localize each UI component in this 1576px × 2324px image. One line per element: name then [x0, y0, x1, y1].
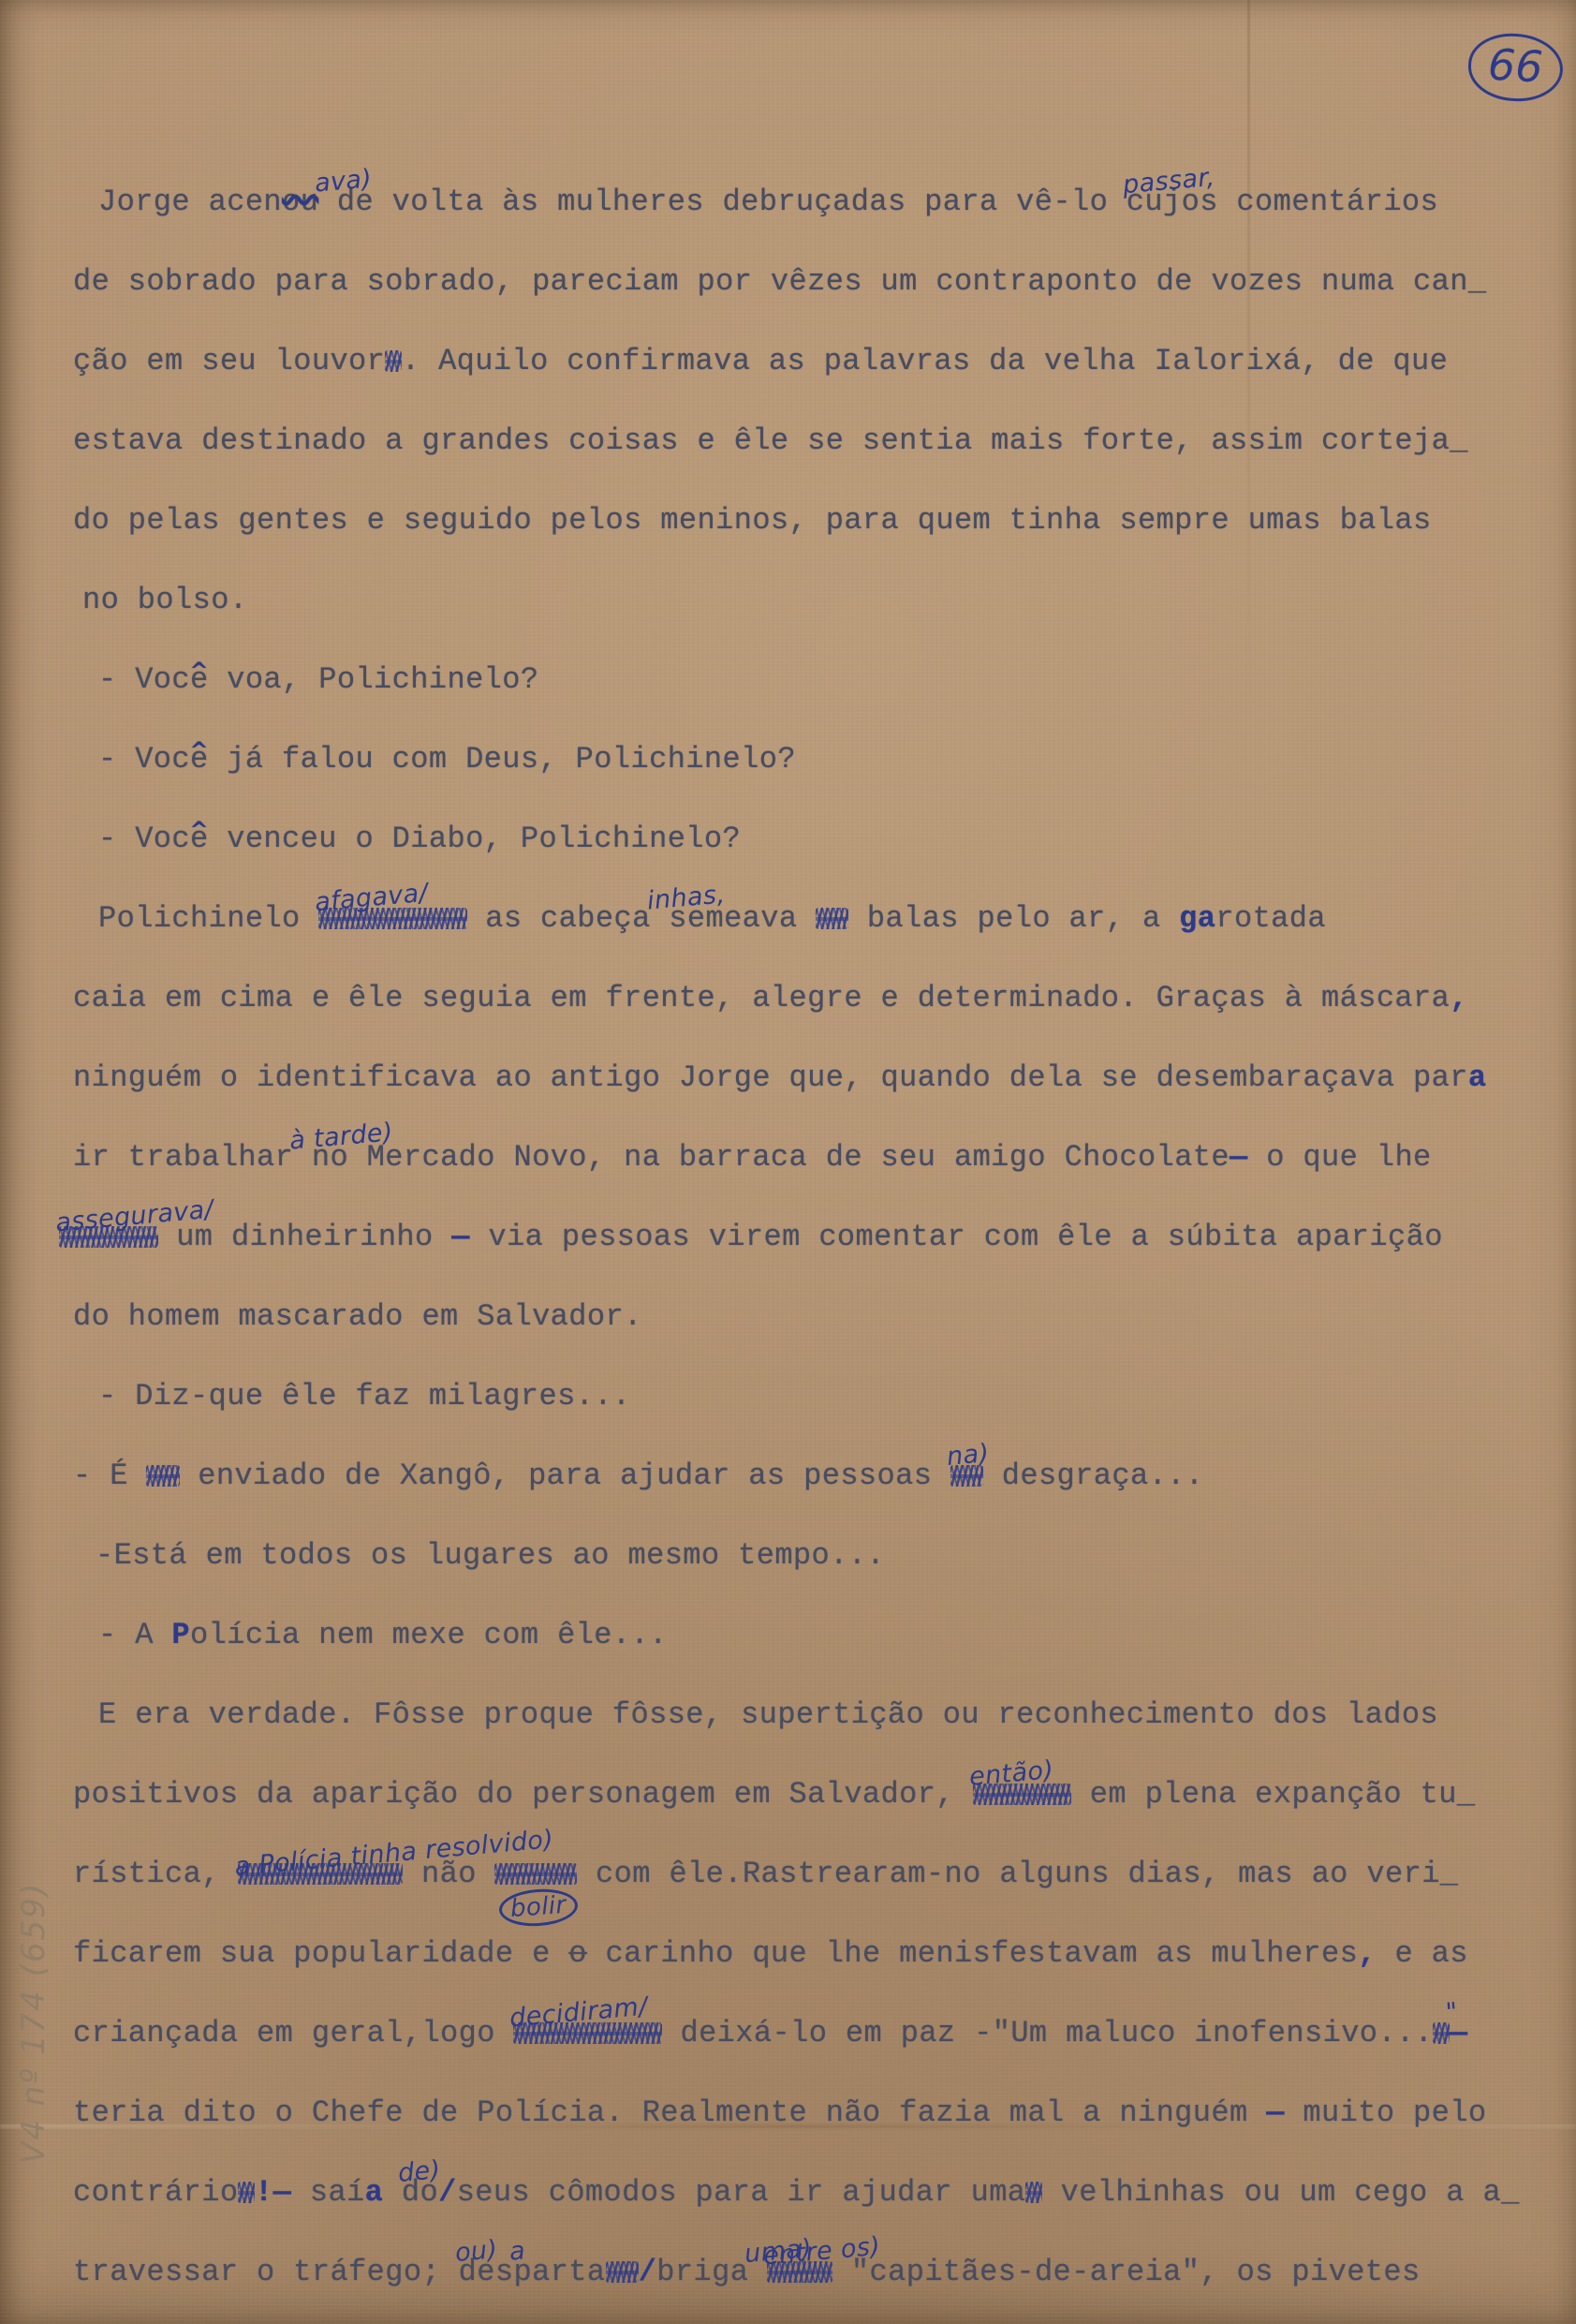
typed-text: o que lhe [1248, 1140, 1432, 1175]
manuscript-line: ir trabalharà tarde) no Mercado Novo, na… [73, 1098, 1539, 1177]
typed-text: Jorge acen [98, 185, 282, 219]
typed-text: estava destinado a grandes coisas e êle … [73, 423, 1468, 458]
typed-text: - Diz-que êle faz milagres... [98, 1379, 631, 1414]
typed-text: já falou com Deus, Polichinelo? [209, 742, 796, 777]
typed-text: desgraça... [983, 1458, 1203, 1493]
ink-correction: / [639, 2255, 657, 2289]
ink-scribble-strike [146, 1465, 179, 1487]
typed-text: - Voc [98, 822, 190, 856]
handwritten-insertion: na) [946, 1439, 991, 1472]
handwritten-insertion: a [508, 2236, 527, 2266]
typed-text: - A [98, 1618, 171, 1652]
typed-text: deixá-lo em paz -"Um maluco inofensivo..… [662, 2016, 1433, 2050]
manuscript-line: travessar o tráfego; ou)desaparta/brigau… [73, 2213, 1539, 2292]
manuscript-line: de sobrado para sobrado, pareciam por vê… [73, 222, 1539, 302]
ink-accent-mark: ^ [190, 658, 210, 684]
typed-text: criançada em geral,logo [73, 2016, 513, 2050]
manuscript-line: no bolso. [82, 540, 1539, 620]
typed-text: parta [513, 2255, 605, 2289]
typed-text: Polichinelo [98, 901, 318, 936]
typed-text-struck-in-ink: ou [282, 185, 318, 219]
manuscript-line: rística, a Polícia tinha resolvido) não … [73, 1814, 1539, 1894]
manuscript-line: E era verdade. Fôsse proque fôsse, super… [98, 1655, 1539, 1735]
ink-correction: — [1230, 1140, 1248, 1175]
ink-correction: P [171, 1618, 190, 1652]
manuscript-page: Jorge acenouava) de volta às mulheres de… [0, 0, 1576, 2292]
ink-scribble-strike [606, 2261, 639, 2283]
ink-correction: — [451, 1220, 470, 1254]
typed-char-with-ink-accent: e^ [190, 742, 209, 777]
typed-char-with-ink-accent: e^ [190, 822, 209, 856]
typed-text: rotada [1215, 901, 1326, 936]
manuscript-line: - Voce^ voa, Polichinelo? [98, 620, 1539, 700]
manuscript-line: - Voce^ já falou com Deus, Polichinelo? [98, 700, 1539, 779]
ink-scribble-strike [385, 350, 402, 372]
ink-correction: — [1266, 2095, 1285, 2130]
handwritten-insertion: " [1444, 1998, 1458, 2028]
typed-text: saí [310, 2175, 365, 2210]
manuscript-line: ção em seu louvor. Aquilo confirmava as … [73, 302, 1539, 381]
handwritten-insertion: ou) [453, 2235, 498, 2268]
typed-text: carinho que lhe menisfestavam as mulhere… [587, 1936, 1358, 1971]
ink-correction: !— [255, 2175, 310, 2210]
manuscript-line: - A Polícia nem mexe com êle... [98, 1576, 1539, 1655]
handwritten-insertion: de) [397, 2155, 442, 2188]
typed-text: . Aquilo confirmava as palavras da velha… [402, 344, 1448, 378]
typed-text: do pelas gentes e seguido pelos meninos,… [73, 503, 1432, 538]
typed-text: ninguém o identificava ao antigo Jorge q… [73, 1060, 1468, 1095]
typed-text: venceu o Diabo, Polichinelo? [209, 822, 742, 856]
manuscript-line: ninguém o identificava ao antigo Jorge q… [73, 1018, 1539, 1098]
typed-text: - Voc [98, 662, 190, 697]
typed-text: do homem mascarado em Salvador. [73, 1299, 642, 1334]
handwritten-insertion: ava) [314, 165, 374, 199]
typed-text: E era verdade. Fôsse proque fôsse, super… [98, 1697, 1438, 1732]
typed-text: muito pelo [1285, 2095, 1487, 2130]
ink-scribble-strike [494, 1863, 577, 1885]
typed-text: ficarem sua popularidade e [73, 1936, 568, 1971]
ink-accent-mark: ^ [190, 737, 210, 763]
manuscript-line: contrário!— saía de)do/seus cômodos para… [73, 2133, 1539, 2213]
ink-scribble-strike [816, 908, 848, 929]
typed-text: - É [73, 1458, 146, 1493]
ink-correction: a [365, 2175, 384, 2210]
typed-text: seus cômodos para ir ajudar uma [457, 2175, 1026, 2210]
typed-text: -Está em todos os lugares ao mesmo tempo… [96, 1538, 885, 1573]
manuscript-line: - É enviado de Xangô, para ajudar as pes… [73, 1416, 1539, 1496]
typed-text: de volta às mulheres debruçadas para vê-… [318, 185, 1127, 219]
manuscript-line: do homem mascarado em Salvador. [73, 1257, 1539, 1337]
typed-text: enviado de Xangô, para ajudar as pessoas [180, 1458, 950, 1493]
typed-text: briga [656, 2255, 748, 2289]
typed-text: - Voc [98, 742, 190, 777]
manuscript-line: do pelas gentes e seguido pelos meninos,… [73, 461, 1539, 540]
typed-text: caia em cima e êle seguia em frente, ale… [73, 981, 1450, 1015]
typed-text: via pessoas virem comentar com êle a súb… [470, 1220, 1443, 1254]
ink-scribble-strike [1025, 2182, 1042, 2203]
manuscript-line: assegurava/ um dinheirinho — via pessoas… [59, 1177, 1539, 1257]
typed-text: teria dito o Chefe de Polícia. Realmente… [73, 2095, 1266, 2130]
typed-text: de sobrado para sobrado, pareciam por vê… [73, 264, 1486, 299]
typed-text: no bolso. [82, 583, 247, 617]
manuscript-line: caia em cima e êle seguia em frente, ale… [73, 939, 1539, 1018]
typed-text: e as [1377, 1936, 1468, 1971]
typed-text: voa, Polichinelo? [209, 662, 539, 697]
typed-text: no Mercado Novo, na barraca de seu amigo… [293, 1140, 1230, 1175]
ink-correction: , [1358, 1936, 1377, 1971]
manuscript-line: Jorge acenouava) de volta às mulheres de… [98, 142, 1539, 222]
typed-text: olícia nem mexe com êle... [190, 1618, 668, 1652]
typed-text: ção em seu louvor [73, 344, 385, 378]
manuscript-line: - Diz-que êle faz milagres... [98, 1337, 1539, 1416]
typed-text: em plena expanção tu_ [1071, 1777, 1475, 1812]
manuscript-line: -Está em todos os lugares ao mesmo tempo… [96, 1496, 1539, 1576]
manuscript-line: estava destinado a grandes coisas e êle … [73, 381, 1539, 461]
manuscript-line: criançada em geral,logo decidiram/ deixá… [73, 1974, 1539, 2053]
typed-text: balas pelo ar, a [848, 901, 1179, 936]
manuscript-scan: { "page": { "number": "66", "margin_note… [0, 0, 1576, 2324]
ink-correction: , [1450, 981, 1468, 1015]
typed-text: com êle.Rastrearam-no alguns dias, mas a… [577, 1857, 1458, 1891]
typed-text: travessar o tráfego; [73, 2255, 459, 2289]
ink-correction: ga [1179, 901, 1215, 936]
manuscript-line: teria dito o Chefe de Polícia. Realmente… [73, 2053, 1539, 2133]
typed-text: "capitães-de-areia", os pivetes [832, 2255, 1420, 2289]
ink-scribble-strike [238, 2182, 255, 2203]
typed-text: positivos da aparição do personagem em S… [73, 1777, 973, 1812]
manuscript-line: Polichinelo afagava/ as cabeçainhas, sem… [98, 859, 1539, 939]
typed-text: velhinhas ou um cego a a_ [1042, 2175, 1520, 2210]
ink-correction: a [1468, 1060, 1487, 1095]
typed-char-with-ink-accent: e^ [190, 662, 209, 697]
typed-text: contrário [73, 2175, 238, 2210]
manuscript-line: ficarem sua popularidade e o carinho que… [73, 1894, 1539, 1974]
typed-text: rística, [73, 1857, 238, 1891]
typed-text: ir trabalhar [73, 1140, 293, 1175]
ink-accent-mark: ^ [190, 817, 210, 843]
manuscript-line: - Voce^ venceu o Diabo, Polichinelo? [98, 779, 1539, 859]
manuscript-line: positivos da aparição do personagem em S… [73, 1735, 1539, 1814]
typed-text-overtyped: o [568, 1936, 587, 1971]
typed-text: as cabeça [467, 901, 651, 936]
